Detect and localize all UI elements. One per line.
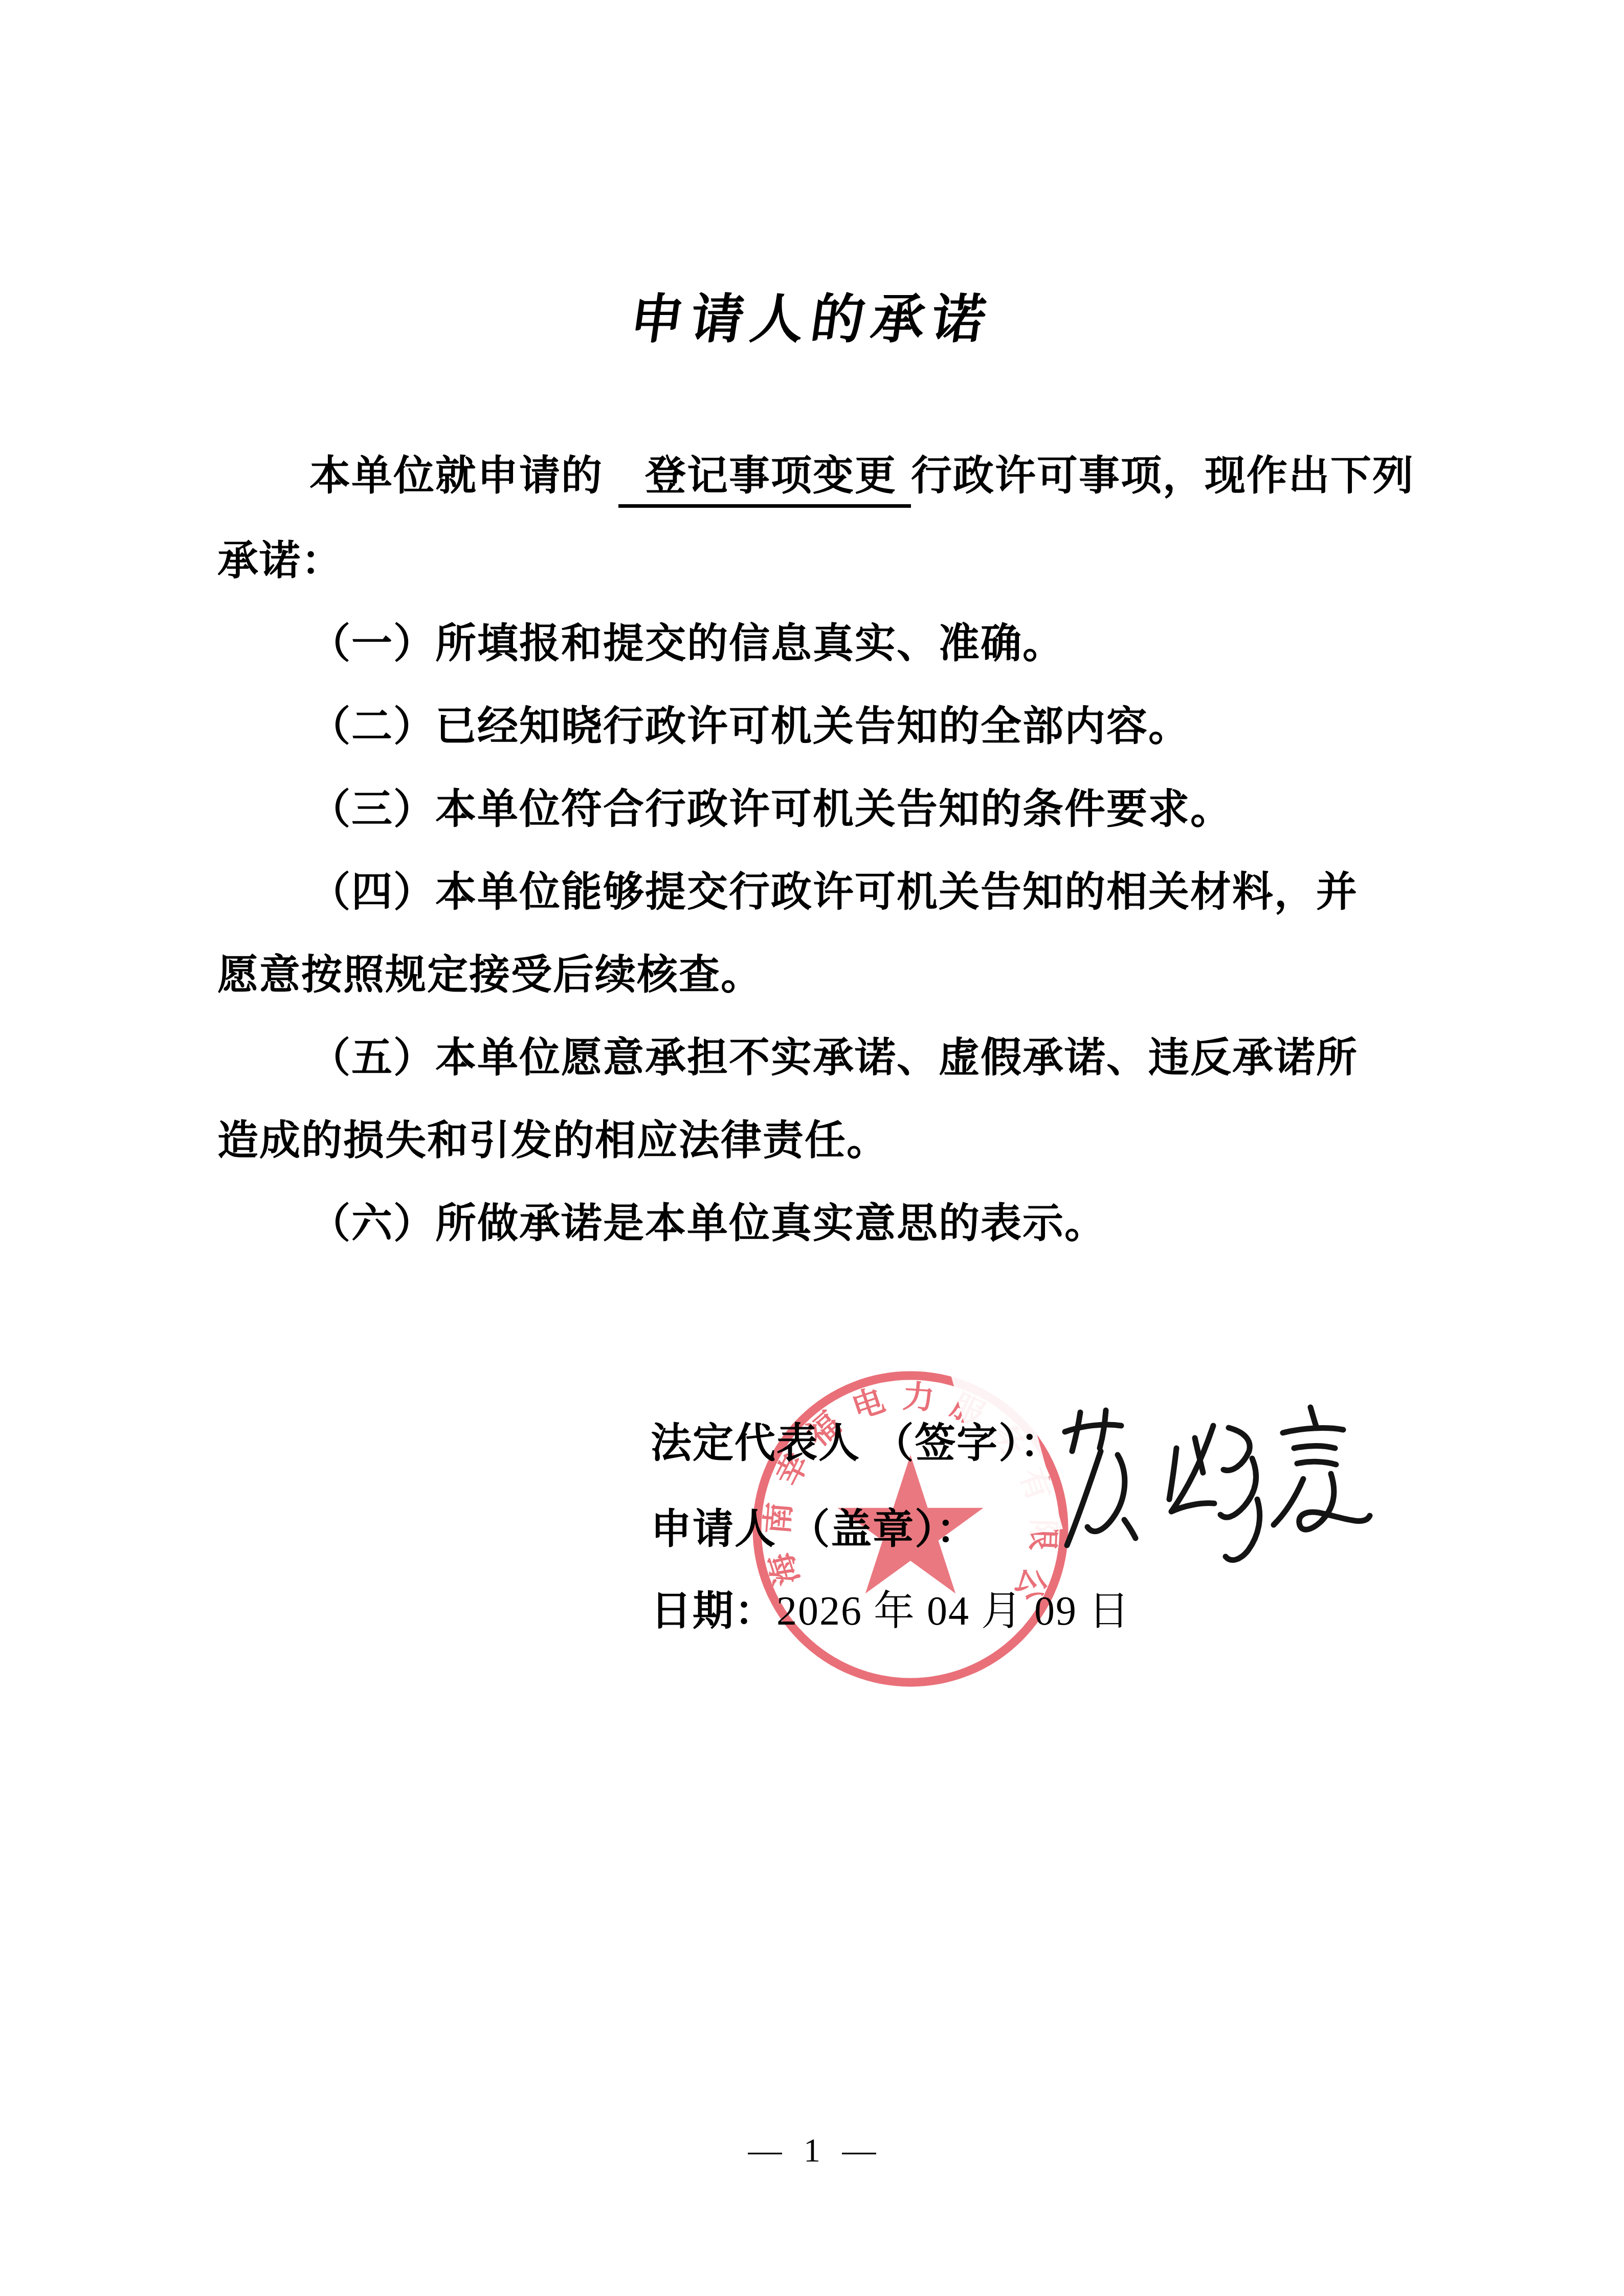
document-page: 海南幸福电力服务有限公司 申请人的承诺 本单位就申请的登记事项变更行政许可事项，… xyxy=(0,0,1624,2296)
legal-rep-signature xyxy=(0,0,1624,2296)
